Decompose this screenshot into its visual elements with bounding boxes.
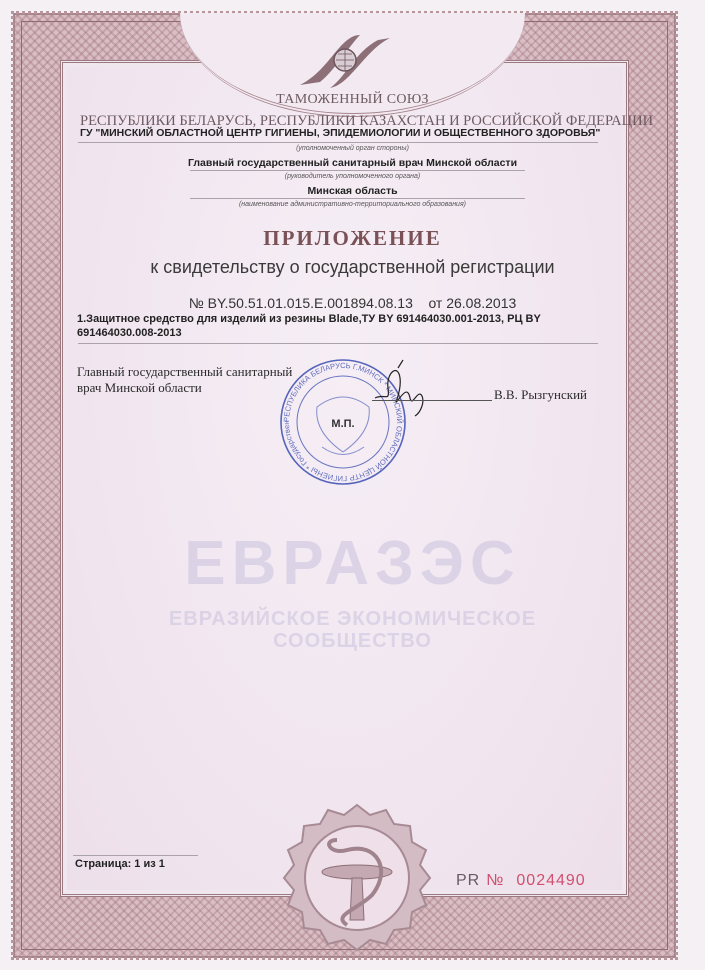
hygieia-seal-icon	[262, 800, 452, 970]
document-subtitle: к свидетельству о государственной регист…	[0, 257, 705, 278]
serial-number: PR№0024490	[456, 872, 586, 890]
field-caption: (наименование административно-территориа…	[0, 201, 705, 208]
divider	[190, 170, 525, 171]
handwritten-signature-icon	[370, 358, 430, 418]
field-caption: (руководитель уполномоченного органа)	[0, 173, 705, 180]
stamp-label: М.П.	[331, 418, 354, 430]
serial-number-value: 0024490	[516, 872, 585, 889]
registration-number-value: № BY.50.51.01.015.E.001894.08.13	[189, 295, 413, 311]
page-counter: Страница: 1 из 1	[75, 858, 165, 870]
organization-name: ГУ "МИНСКИЙ ОБЛАСТНОЙ ЦЕНТР ГИГИЕНЫ, ЭПИ…	[80, 127, 640, 139]
watermark-line2: СООБЩЕСТВО	[0, 630, 705, 653]
signer-position-line1: Главный государственный санитарный	[77, 364, 292, 380]
document-title: ПРИЛОЖЕНИЕ	[0, 226, 705, 251]
signer-name: В.В. Рызгунский	[494, 387, 587, 403]
watermark-main: ЕВРАЗЭС	[0, 528, 705, 599]
eurasian-emblem-icon	[290, 30, 400, 90]
watermark-line1: ЕВРАЗИЙСКОЕ ЭКОНОМИЧЕСКОЕ	[0, 608, 705, 631]
divider	[78, 343, 598, 344]
signature-line	[372, 400, 492, 401]
registration-date: от 26.08.2013	[428, 295, 516, 311]
customs-union-heading: ТАМОЖЕННЫЙ СОЮЗ	[0, 92, 705, 108]
field-caption: (уполномоченный орган стороны)	[0, 145, 705, 152]
divider	[190, 198, 525, 199]
registration-number: № BY.50.51.01.015.E.001894.08.13 от 26.0…	[0, 295, 705, 311]
serial-series: PR	[456, 872, 480, 889]
field-value: Минская область	[0, 185, 705, 197]
product-item: 1.Защитное средство для изделий из резин…	[77, 312, 597, 340]
divider	[78, 142, 598, 143]
field-value: Главный государственный санитарный врач …	[0, 157, 705, 169]
signer-position-line2: врач Минской области	[77, 380, 292, 396]
number-sign: №	[486, 872, 504, 889]
divider	[73, 855, 198, 856]
signer-position: Главный государственный санитарный врач …	[77, 364, 292, 396]
